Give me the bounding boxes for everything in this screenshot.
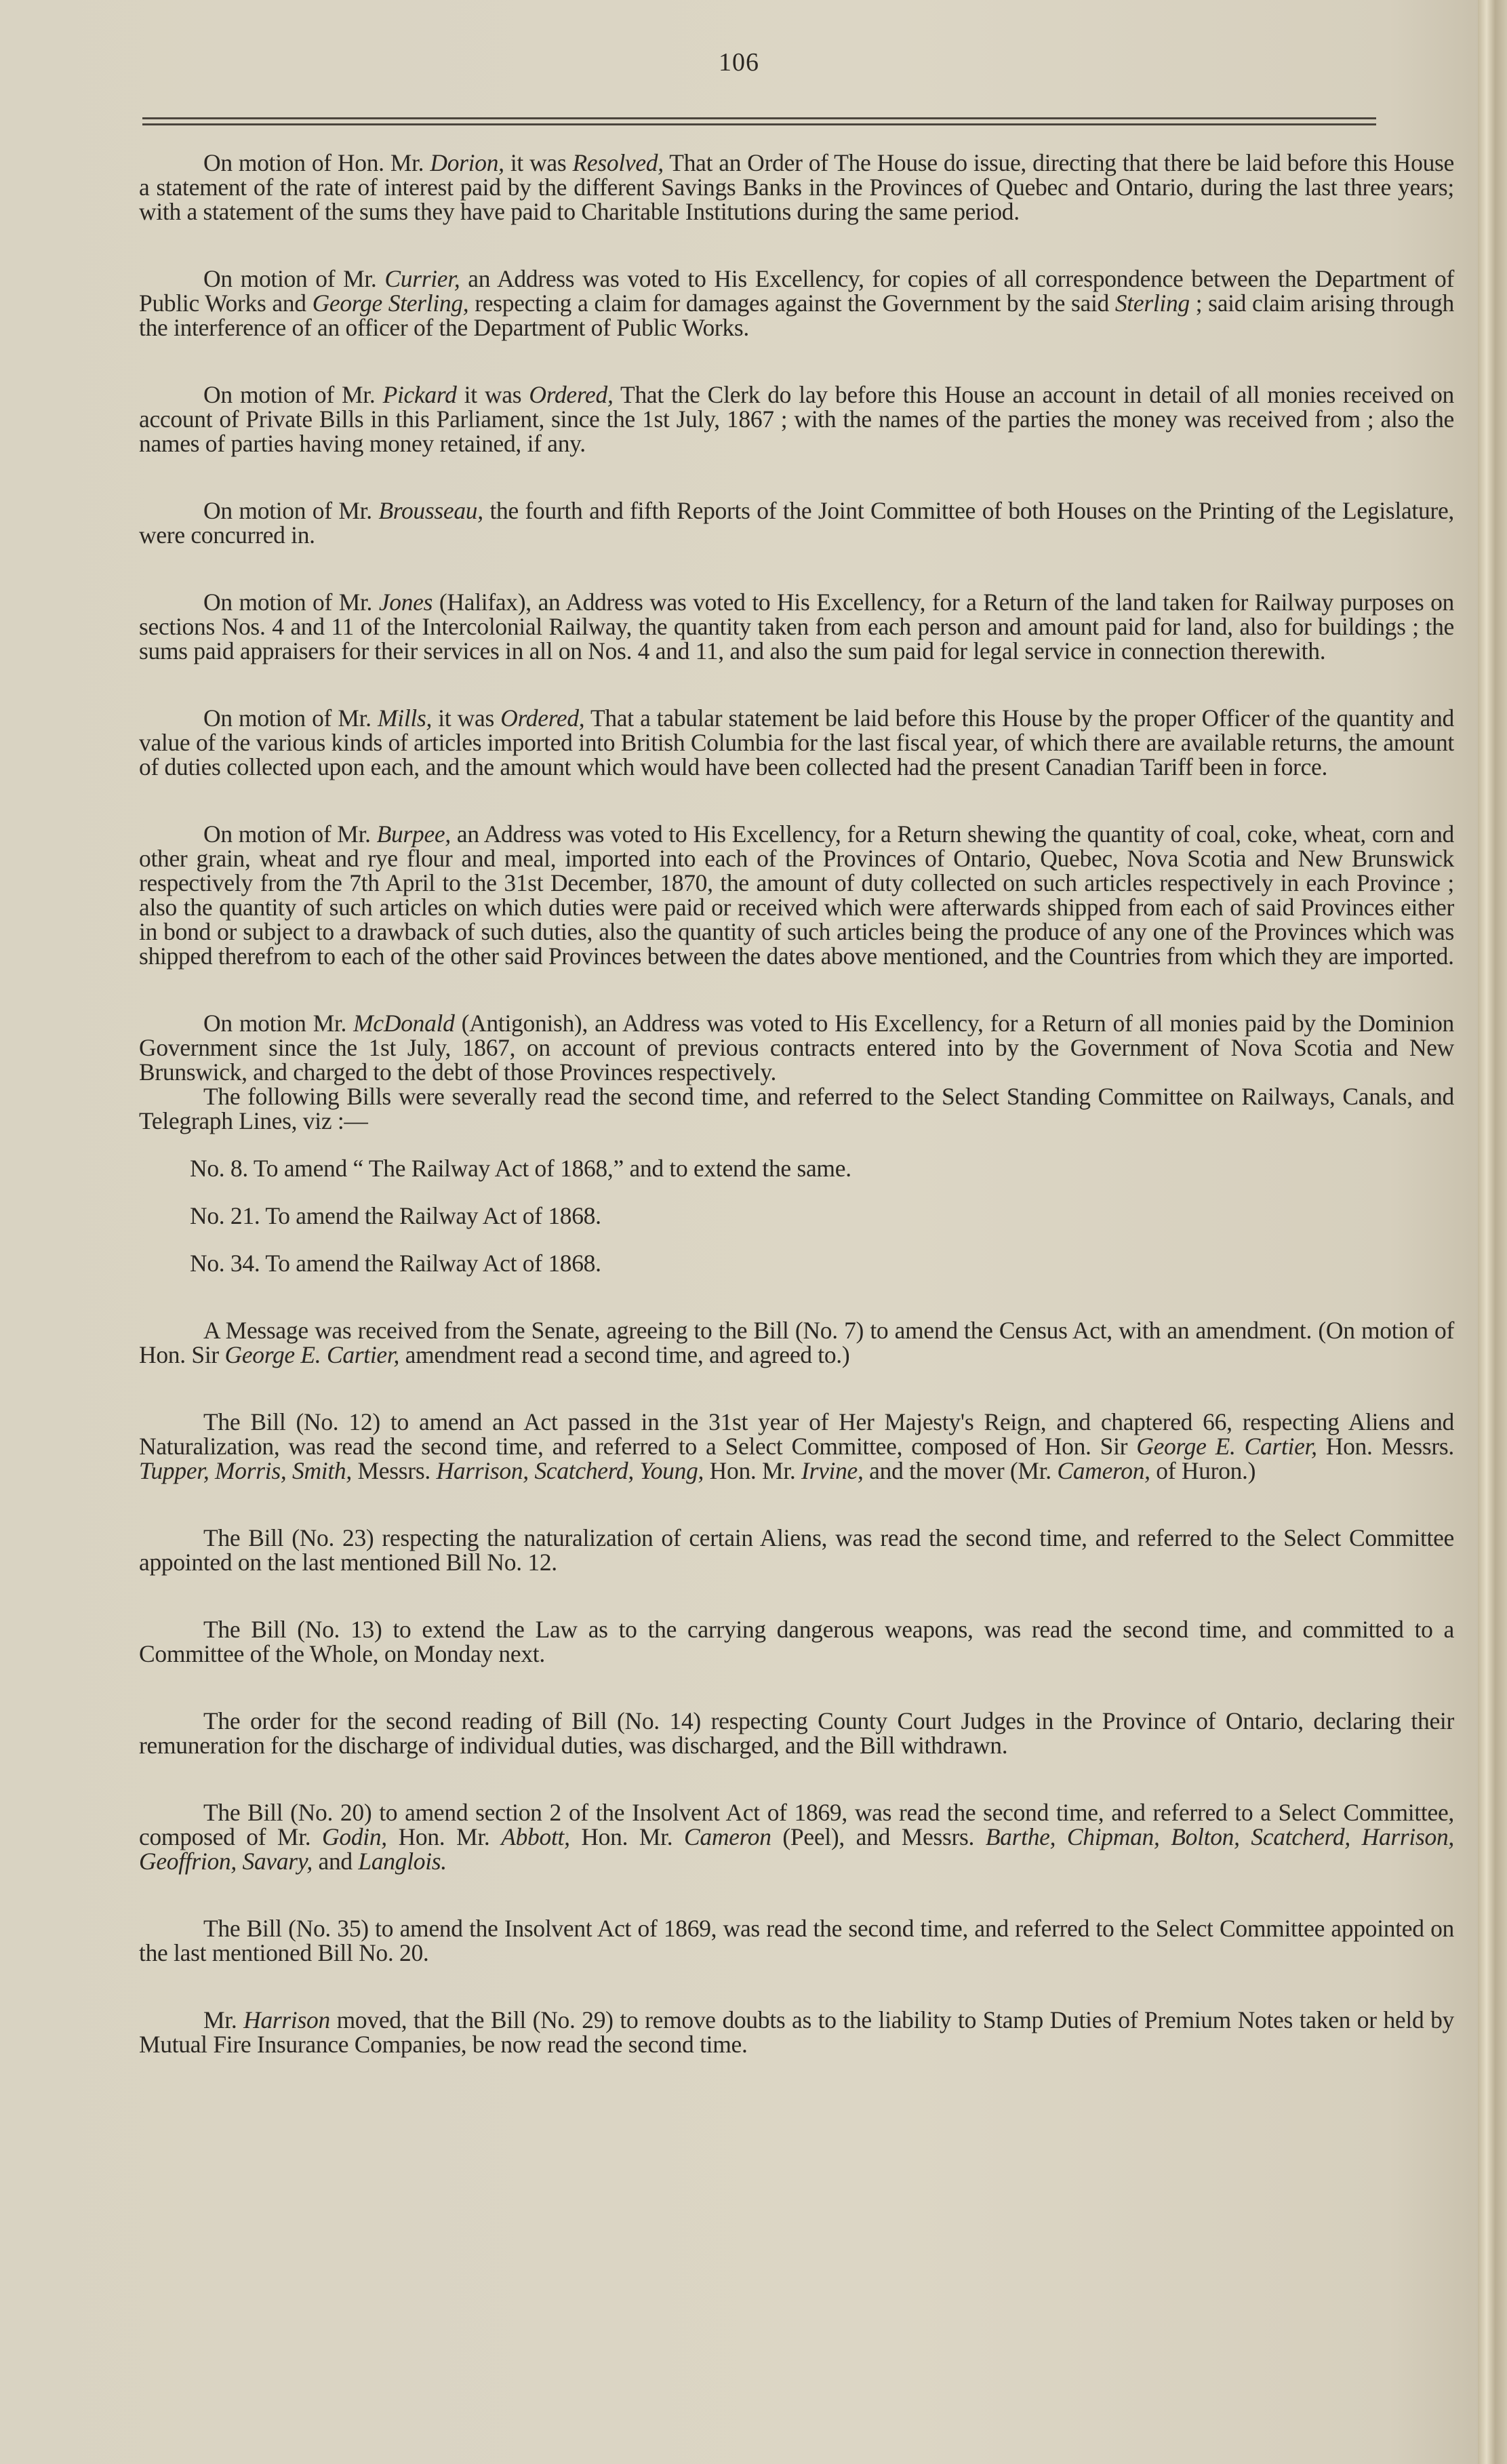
- paragraph-mcdonald-motion: On motion Mr. McDonald (Antigonish), an …: [139, 1011, 1454, 1084]
- paragraph-bill-12: The Bill (No. 12) to amend an Act passed…: [139, 1410, 1454, 1483]
- italic-name: Burpee,: [377, 820, 451, 848]
- paragraph-bill-35: The Bill (No. 35) to amend the Insolvent…: [139, 1916, 1454, 1965]
- italic-name: Dorion,: [430, 149, 504, 176]
- italic-name: Ordered,: [500, 704, 584, 732]
- paragraph-bill-23: The Bill (No. 23) respecting the natural…: [139, 1526, 1454, 1574]
- bill-list-item-34: No. 34. To amend the Railway Act of 1868…: [139, 1251, 1454, 1275]
- italic-name: Tupper,: [139, 1457, 209, 1484]
- header-rule-top: [142, 117, 1376, 119]
- paragraph-bill-20: The Bill (No. 20) to amend section 2 of …: [139, 1800, 1454, 1873]
- italic-name: Sterling: [1115, 290, 1190, 317]
- italic-name: Ordered,: [529, 381, 613, 408]
- paragraph-bill-29: Mr. Harrison moved, that the Bill (No. 2…: [139, 2008, 1454, 2056]
- italic-name: Godin,: [322, 1823, 387, 1850]
- paragraph-bill-14: The order for the second reading of Bill…: [139, 1709, 1454, 1757]
- italic-name: Young,: [640, 1457, 704, 1484]
- book-spine-edge: [1478, 0, 1507, 2464]
- italic-name: Harrison: [243, 2006, 330, 2033]
- italic-name: Cameron: [684, 1823, 771, 1850]
- italic-name: George Sterling,: [313, 290, 469, 317]
- italic-name: Scatcherd,: [534, 1457, 634, 1484]
- paragraph-bill-13: The Bill (No. 13) to extend the Law as t…: [139, 1617, 1454, 1666]
- italic-name: Currier,: [384, 265, 460, 292]
- italic-name: Irvine,: [801, 1457, 864, 1484]
- italic-name: Resolved,: [573, 149, 664, 176]
- italic-name: George E. Cartier,: [1136, 1433, 1317, 1460]
- document-page: 106 On motion of Hon. Mr. Dorion, it was…: [0, 0, 1478, 2464]
- paragraph-jones-motion: On motion of Mr. Jones (Halifax), an Add…: [139, 590, 1454, 663]
- italic-name: Jones: [379, 589, 433, 616]
- italic-name: Brousseau,: [378, 497, 483, 524]
- bill-list-item-8: No. 8. To amend “ The Railway Act of 186…: [139, 1156, 1454, 1180]
- paragraph-currier-motion: On motion of Mr. Currier, an Address was…: [139, 266, 1454, 340]
- italic-name: Morris,: [215, 1457, 286, 1484]
- journal-body: On motion of Hon. Mr. Dorion, it was Res…: [139, 151, 1454, 2056]
- italic-name: George E. Cartier,: [225, 1341, 400, 1368]
- paragraph-burpee-motion: On motion of Mr. Burpee, an Address was …: [139, 822, 1454, 968]
- page-number: 106: [0, 47, 1478, 77]
- italic-name: Langlois.: [358, 1848, 446, 1875]
- paragraph-pickard-motion: On motion of Mr. Pickard it was Ordered,…: [139, 382, 1454, 456]
- bill-list-item-21: No. 21. To amend the Railway Act of 1868…: [139, 1204, 1454, 1228]
- italic-name: Cameron,: [1057, 1457, 1150, 1484]
- paragraph-mills-motion: On motion of Mr. Mills, it was Ordered, …: [139, 706, 1454, 779]
- header-rule-bottom: [142, 123, 1376, 125]
- paragraph-following-bills: The following Bills were severally read …: [139, 1084, 1454, 1133]
- italic-name: McDonald: [353, 1010, 454, 1037]
- italic-name: Pickard: [383, 381, 457, 408]
- italic-name: Abbott,: [501, 1823, 569, 1850]
- paragraph-senate-message: A Message was received from the Senate, …: [139, 1318, 1454, 1367]
- italic-name: Mills,: [378, 704, 432, 732]
- paragraph-brousseau-motion: On motion of Mr. Brousseau, the fourth a…: [139, 498, 1454, 547]
- italic-name: Harrison,: [436, 1457, 528, 1484]
- paragraph-dorion-motion: On motion of Hon. Mr. Dorion, it was Res…: [139, 151, 1454, 224]
- italic-name: Smith,: [292, 1457, 352, 1484]
